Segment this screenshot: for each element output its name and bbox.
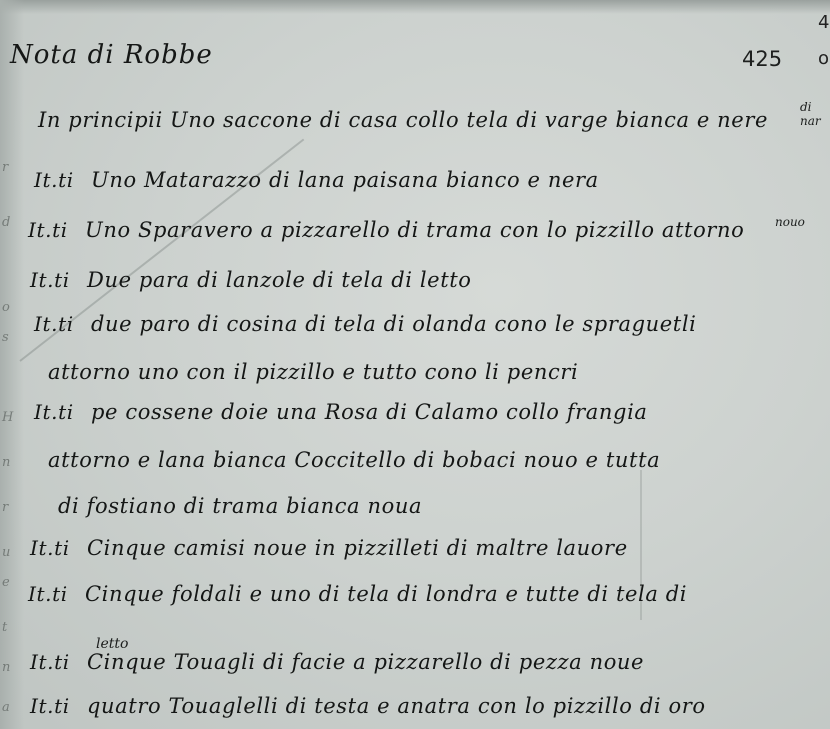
interlinear-note: di nar xyxy=(800,100,830,128)
inventory-line: It.ti Cinque camisi noue in pizzilleti d… xyxy=(30,536,628,560)
margin-bleed-letter: t xyxy=(2,620,7,635)
margin-bleed-letter: r xyxy=(2,160,8,175)
inventory-line: attorno uno con il pizzillo e tutto cono… xyxy=(48,360,578,384)
margin-bleed-letter: d xyxy=(2,215,10,230)
margin-bleed-letter: u xyxy=(2,545,10,560)
inventory-line: attorno e lana bianca Coccitello di boba… xyxy=(48,448,660,472)
line-text: quatro Touaglelli di testa e anatra con … xyxy=(87,694,706,718)
inventory-line: It.ti pe cossene doie una Rosa di Calamo… xyxy=(34,400,648,424)
line-text: due paro di cosina di tela di olanda con… xyxy=(91,312,696,336)
line-text: Due para di lanzole di tela di letto xyxy=(87,268,472,292)
inventory-line: It.ti Due para di lanzole di tela di let… xyxy=(30,268,472,292)
line-text: Uno Matarazzo di lana paisana bianco e n… xyxy=(91,168,599,192)
page-top-shadow xyxy=(0,0,830,14)
inventory-line: It.ti due paro di cosina di tela di olan… xyxy=(34,312,696,336)
folio-number: 425 xyxy=(742,47,782,71)
line-text: Cinque Touagli di facie a pizzarello di … xyxy=(87,650,644,674)
margin-bleed-letter: s xyxy=(2,330,9,345)
line-text: Cinque foldali e uno di tela di londra e… xyxy=(85,582,687,606)
item-marker: It.ti xyxy=(30,536,70,560)
inventory-line: In principii Uno saccone di casa collo t… xyxy=(38,108,768,132)
line-text: Cinque camisi noue in pizzilleti di malt… xyxy=(87,536,628,560)
document-title: Nota di Robbe xyxy=(10,40,213,70)
line-text: attorno e lana bianca Coccitello di boba… xyxy=(48,448,660,472)
inventory-line: di fostiano di trama bianca noua xyxy=(58,494,422,518)
line-text: pe cossene doie una Rosa di Calamo collo… xyxy=(91,400,648,424)
margin-bleed-letter: e xyxy=(2,575,10,590)
line-text: Uno Sparavero a pizzarello di trama con … xyxy=(85,218,744,242)
inventory-line: It.ti Cinque Touagli di facie a pizzarel… xyxy=(30,650,644,674)
item-marker: It.ti xyxy=(34,168,74,192)
margin-bleed-letter: r xyxy=(2,500,8,515)
item-marker: It.ti xyxy=(30,650,70,674)
margin-bleed-letter: a xyxy=(2,700,10,715)
interlinear-note: nouo xyxy=(775,215,805,229)
inventory-line: It.ti Uno Sparavero a pizzarello di tram… xyxy=(28,218,744,242)
line-text: di fostiano di trama bianca noua xyxy=(58,494,422,518)
line-text: attorno uno con il pizzillo e tutto cono… xyxy=(48,360,578,384)
item-marker: It.ti xyxy=(34,400,74,424)
inventory-line: It.ti quatro Touaglelli di testa e anatr… xyxy=(30,694,706,718)
item-marker: It.ti xyxy=(30,694,70,718)
manuscript-page: r d o s H n r u e t n a Nota di Robbe 42… xyxy=(0,0,830,729)
line-text: In principii Uno saccone di casa collo t… xyxy=(38,108,768,132)
edge-fragment: 4 xyxy=(818,12,829,33)
inventory-line: It.ti Uno Matarazzo di lana paisana bian… xyxy=(34,168,599,192)
item-marker: It.ti xyxy=(34,312,74,336)
inventory-line: It.ti Cinque foldali e uno di tela di lo… xyxy=(28,582,687,606)
edge-fragment: o xyxy=(818,48,829,69)
item-marker: It.ti xyxy=(30,268,70,292)
item-marker: It.ti xyxy=(28,218,68,242)
margin-bleed-letter: n xyxy=(2,660,10,675)
item-marker: It.ti xyxy=(28,582,68,606)
margin-bleed-letter: n xyxy=(2,455,10,470)
margin-bleed-letter: o xyxy=(2,300,10,315)
margin-bleed-letter: H xyxy=(2,410,13,425)
